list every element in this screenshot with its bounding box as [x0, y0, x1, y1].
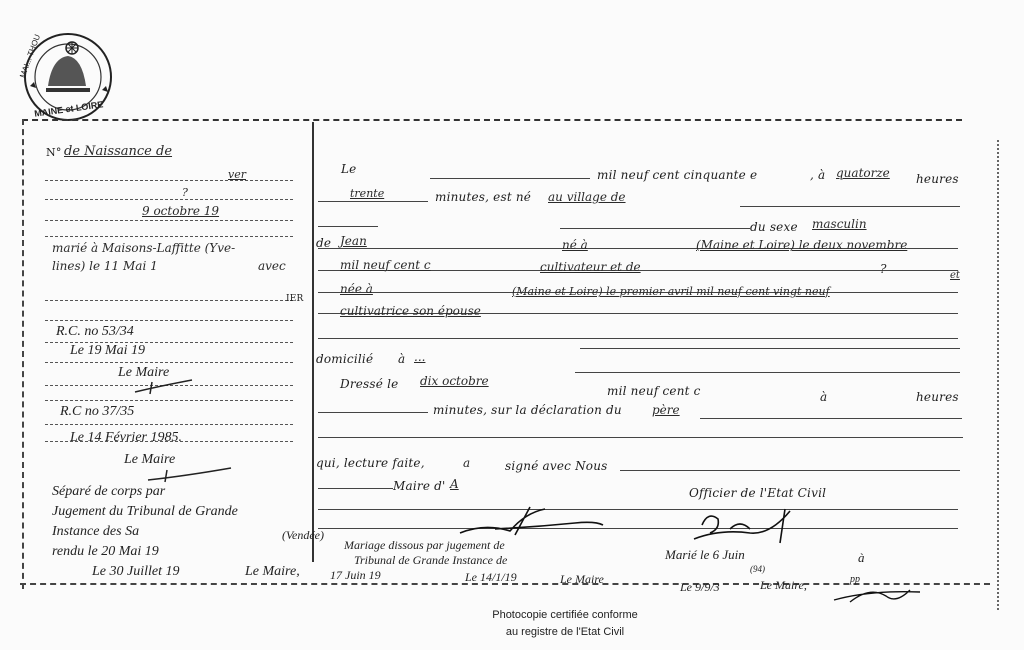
record-line3: ?	[182, 186, 188, 199]
birth-hour: quatorze	[836, 166, 890, 180]
marriage-note-line2b: avec	[258, 259, 286, 273]
separation-line3: Instance des Sa	[52, 524, 139, 540]
father-profession: cultivateur et de	[540, 260, 641, 274]
separation-line1: Séparé de corps par	[52, 484, 165, 500]
drawn-up-a: à	[820, 390, 827, 404]
marriage-annotation-a: à	[858, 550, 865, 566]
drawn-up-year: mil neuf cent c	[607, 384, 701, 398]
record-type: de Naissance de	[64, 144, 172, 159]
father-de-label: de	[316, 236, 331, 250]
marriage-annotation-date: Le 9/9/3	[680, 580, 720, 595]
declaration-label: minutes, sur la déclaration du	[433, 403, 622, 417]
mairie-seal-stamp: MAINE et LOIRE MAI... THOU	[12, 28, 122, 122]
father-birth-place: (Maine et Loire) le deux novembre	[696, 238, 907, 252]
birth-minutes-label: minutes, est né	[435, 190, 531, 204]
marriage-note-line2: lines) le 11 Mai 1	[52, 259, 158, 273]
rc2-number: R.C no 37/35	[60, 404, 134, 420]
separation-line2: Jugement du Tribunal de Grande	[52, 504, 238, 520]
marriage-annotation-dept: (94)	[750, 564, 765, 574]
mayor-label: Maire d'	[393, 479, 446, 493]
birth-village: au village de	[548, 190, 626, 204]
mother-profession: cultivatrice son épouse	[340, 304, 481, 318]
marriage-note-line3-suffix: IER	[286, 294, 304, 304]
mother-birth-place: (Maine et Loire) le premier avril mil ne…	[512, 285, 830, 298]
separation-date: Le 30 Juillet 19	[92, 564, 180, 580]
divorce-annotation-date2: Le 14/1/19	[465, 570, 517, 585]
mark: ?	[880, 262, 886, 276]
certification-line1: Photocopie certifiée conforme	[480, 609, 650, 621]
record-number-label: N°	[46, 146, 62, 159]
divorce-annotation-date: 17 Juin 19	[330, 568, 381, 583]
birth-le-label: Le	[341, 162, 356, 176]
column-divider	[312, 122, 314, 562]
rc2-date: Le 14 Février 1985.	[70, 430, 182, 446]
signed-with-label: signé avec Nous	[505, 459, 608, 473]
officer-label: Officier de l'Etat Civil	[689, 486, 826, 500]
birth-a-label: , à	[810, 168, 825, 182]
domicile-a-label: à	[398, 352, 405, 366]
record-date: 9 octobre 19	[142, 204, 219, 218]
drawn-up-label: Dressé le	[340, 377, 398, 391]
domicile-label: domicilié	[316, 352, 373, 366]
rc2-signature	[145, 466, 235, 484]
form-border-left	[22, 119, 24, 589]
divorce-annotation-line2: Tribunal de Grande Instance de	[354, 553, 507, 568]
sex-value: masculin	[812, 217, 867, 231]
drawn-up-date: dix octobre	[420, 374, 489, 388]
mayor-place: A	[450, 477, 459, 491]
father-birth-year: mil neuf cent c	[340, 258, 431, 272]
marriage-annotation-line1: Marié le 6 Juin	[665, 547, 745, 563]
sex-label: du sexe	[750, 220, 798, 234]
divorce-annotation-sign: Le Maire	[560, 572, 604, 587]
reading-a: a	[463, 456, 470, 470]
birth-year-label: mil neuf cent cinquante e	[597, 168, 757, 182]
marriage-annotation-sign: Le Maire,	[760, 578, 807, 593]
birth-heures-label: heures	[916, 172, 959, 186]
birth-minutes: trente	[350, 187, 384, 200]
et-connector: et	[950, 270, 960, 281]
divorce-annotation-line1: Mariage dissous par jugement de	[344, 538, 505, 553]
separation-sign-label: Le Maire,	[245, 564, 300, 580]
record-line2: ver	[228, 168, 246, 181]
separation-place: (Vendée)	[282, 528, 324, 543]
rc1-signature	[130, 378, 200, 396]
domicile-place: ...	[414, 350, 425, 364]
drawn-up-heures: heures	[916, 390, 959, 404]
form-border-right	[997, 140, 999, 610]
rc1-number: R.C. no 53/34	[56, 324, 134, 340]
form-border-top	[22, 119, 962, 121]
marriage-annotation-signature	[830, 584, 930, 606]
mother-birth-label: née à	[340, 282, 373, 296]
rc1-date: Le 19 Mai 19	[70, 343, 145, 359]
marriage-note-line1: marié à Maisons-Laffitte (Yve-	[52, 241, 235, 255]
reading-label: qui, lecture faite,	[316, 456, 425, 470]
officer-signature-2	[690, 505, 800, 545]
certification-line2: au registre de l'Etat Civil	[480, 626, 650, 638]
father-birth-label: né à	[562, 238, 588, 252]
father-name: Jean	[340, 234, 367, 248]
separation-line4: rendu le 20 Mai 19	[52, 544, 159, 560]
declarant: père	[652, 403, 680, 417]
